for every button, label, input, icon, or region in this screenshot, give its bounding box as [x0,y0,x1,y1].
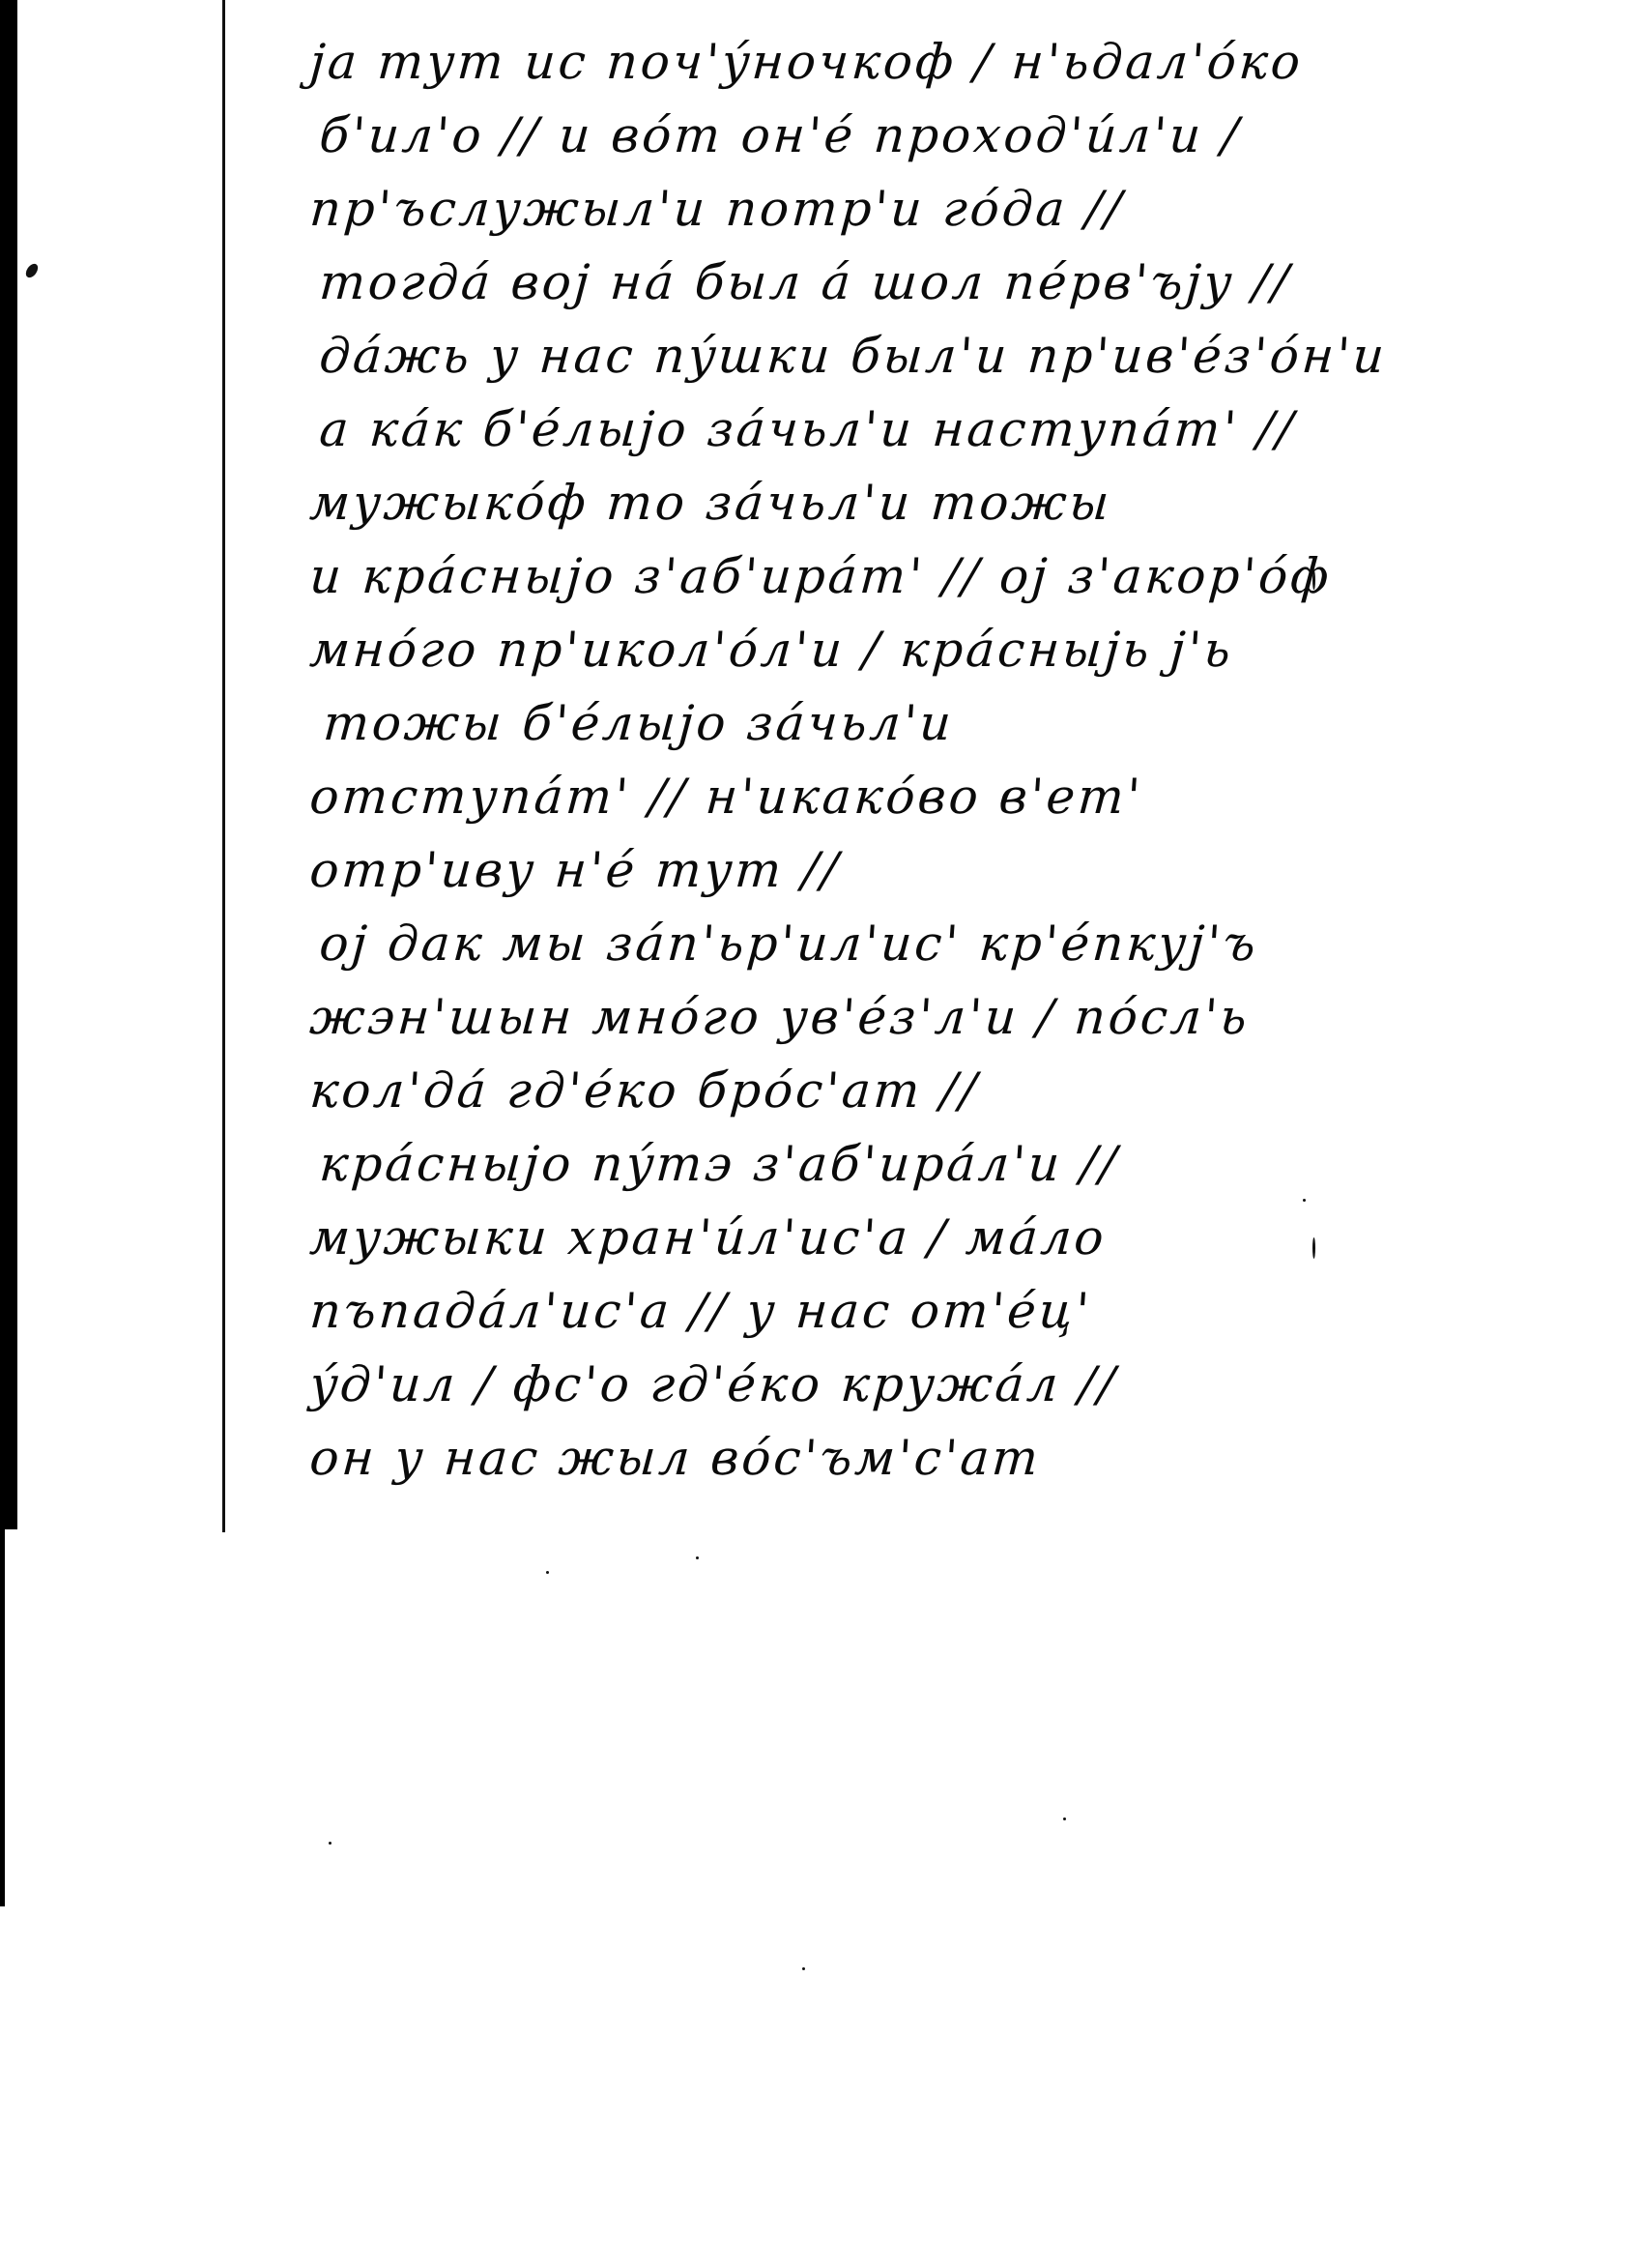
text-line: кол'дá гд'éко брóс'ат // [307,1054,1337,1127]
text-line: ýд'ил / фс'о гд'éко кружáл // [307,1348,1337,1421]
scan-dark-edge-thin [0,1529,5,1906]
scan-speck [23,262,40,280]
scan-speck [329,1842,331,1845]
scan-speck [546,1571,549,1574]
text-line: б'ил'о // и вóт он'é проход'úл'и / [307,99,1337,172]
scan-speck [802,1967,805,1970]
handwritten-transcription: jа тут ис поч'ýночкоф / н'ьдал'óко б'ил'… [307,25,1332,1495]
text-line: он у нас жыл вóс'ъм'с'ат [307,1421,1337,1495]
scanned-page: jа тут ис поч'ýночкоф / н'ьдал'óко б'ил'… [0,0,1643,2268]
text-line: крáсныјо пýтэ з'аб'ирáл'и // [307,1127,1337,1201]
text-line: ој дак мы зáп'ьр'ил'ис' кр'éпкуј'ъ [307,907,1337,980]
text-line: а кáк б'éлыјо зáчьл'и наступáт' // [307,393,1337,466]
text-line: отр'иву н'é тут // [307,833,1337,907]
text-line: мнóго пр'икол'óл'и / крáсныјь ј'ь [307,613,1337,686]
text-line: jа тут ис поч'ýночкоф / н'ьдал'óко [307,25,1337,99]
text-line: тожы б'éлыјо зáчьл'и [307,686,1337,760]
text-line: и крáсныјо з'аб'ирáт' // ој з'акор'óф [307,539,1337,613]
text-line: пр'ъслужыл'и потр'и гóда // [307,172,1337,246]
scan-dark-edge [0,0,17,1529]
text-line: пъпадáл'ис'а // у нас от'éц' [307,1274,1337,1348]
margin-line [222,0,225,1532]
text-line: мужыкóф то зáчьл'и тожы [307,466,1337,539]
scan-speck [696,1556,699,1559]
text-line: отступáт' // н'икакóво в'ет' [307,760,1337,833]
text-line: жэн'шын мнóго ув'éз'л'и / пóсл'ь [307,980,1337,1054]
scan-speck [1063,1817,1066,1820]
text-line: дáжь у нас пýшки был'и пр'ив'éз'óн'и [307,319,1337,393]
text-line: мужыки хран'úл'ис'а / мáло [307,1201,1337,1274]
text-line: тогдá вој на́ был á шол пéрв'ъју // [307,246,1337,319]
